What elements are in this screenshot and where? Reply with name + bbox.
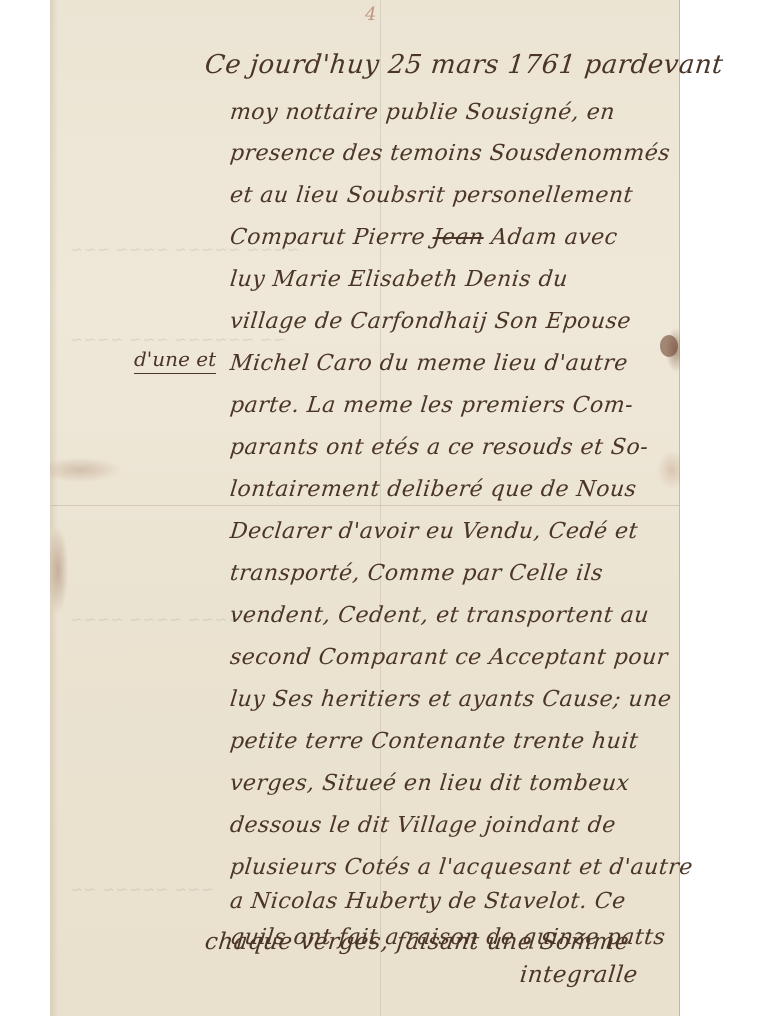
text-line: parte. La meme les premiers Com- <box>229 393 635 418</box>
text-fragment: Adam avec <box>482 225 618 250</box>
text-line: chaque verges, faisant une Somme <box>204 929 631 955</box>
paper-fold-horizontal <box>50 505 680 506</box>
text-line: parants ont etés a ce resouds et So- <box>229 435 650 460</box>
text-line: a Nicolas Huberty de Stavelot. Ce <box>229 889 627 914</box>
text-line: Comparut Pierre Jean Adam avec <box>229 225 619 250</box>
margin-note: d'une et <box>134 347 216 374</box>
text-line: Declarer d'avoir eu Vendu, Cedé et <box>229 519 640 544</box>
text-line: vendent, Cedent, et transportent au <box>229 603 651 628</box>
text-line: presence des temoins Sousdenommés <box>229 141 672 166</box>
text-line: second Comparant ce Acceptant pour <box>229 645 669 670</box>
text-line: transporté, Comme par Celle ils <box>229 561 605 586</box>
folio-mark: 4 <box>365 4 376 25</box>
text-line: integralle <box>519 962 640 988</box>
text-line: et au lieu Soubsrit personellement <box>229 183 635 208</box>
text-line: moy nottaire publie Sousigné, en <box>229 100 617 125</box>
bleed-through-text: ~~~~~ ~~~~ ~~~~ <box>70 610 254 629</box>
text-line: luy Ses heritiers et ayants Cause; une <box>229 687 673 712</box>
bleed-through-text: ~~~ ~~~~~ ~~ <box>70 880 214 899</box>
text-line: Michel Caro du meme lieu d'autre <box>229 351 629 376</box>
struck-word: Jean <box>431 225 485 250</box>
text-line: verges, Situeé en lieu dit tombeux <box>229 771 631 796</box>
text-line: plusieurs Cotés a l'acquesant et d'autre <box>229 855 694 880</box>
text-line: lontairement deliberé que de Nous <box>229 477 638 502</box>
text-line: village de Carfondhaij Son Epouse <box>229 309 633 334</box>
text-line: Ce jourd'huy 25 mars 1761 pardevant <box>203 50 724 80</box>
text-fragment: Comparut Pierre <box>229 225 434 250</box>
ink-blot <box>660 335 678 357</box>
text-line: petite terre Contenante trente huit <box>229 729 640 754</box>
text-line: dessous le dit Village joindant de <box>229 813 617 838</box>
text-line: luy Marie Elisabeth Denis du <box>229 267 570 292</box>
